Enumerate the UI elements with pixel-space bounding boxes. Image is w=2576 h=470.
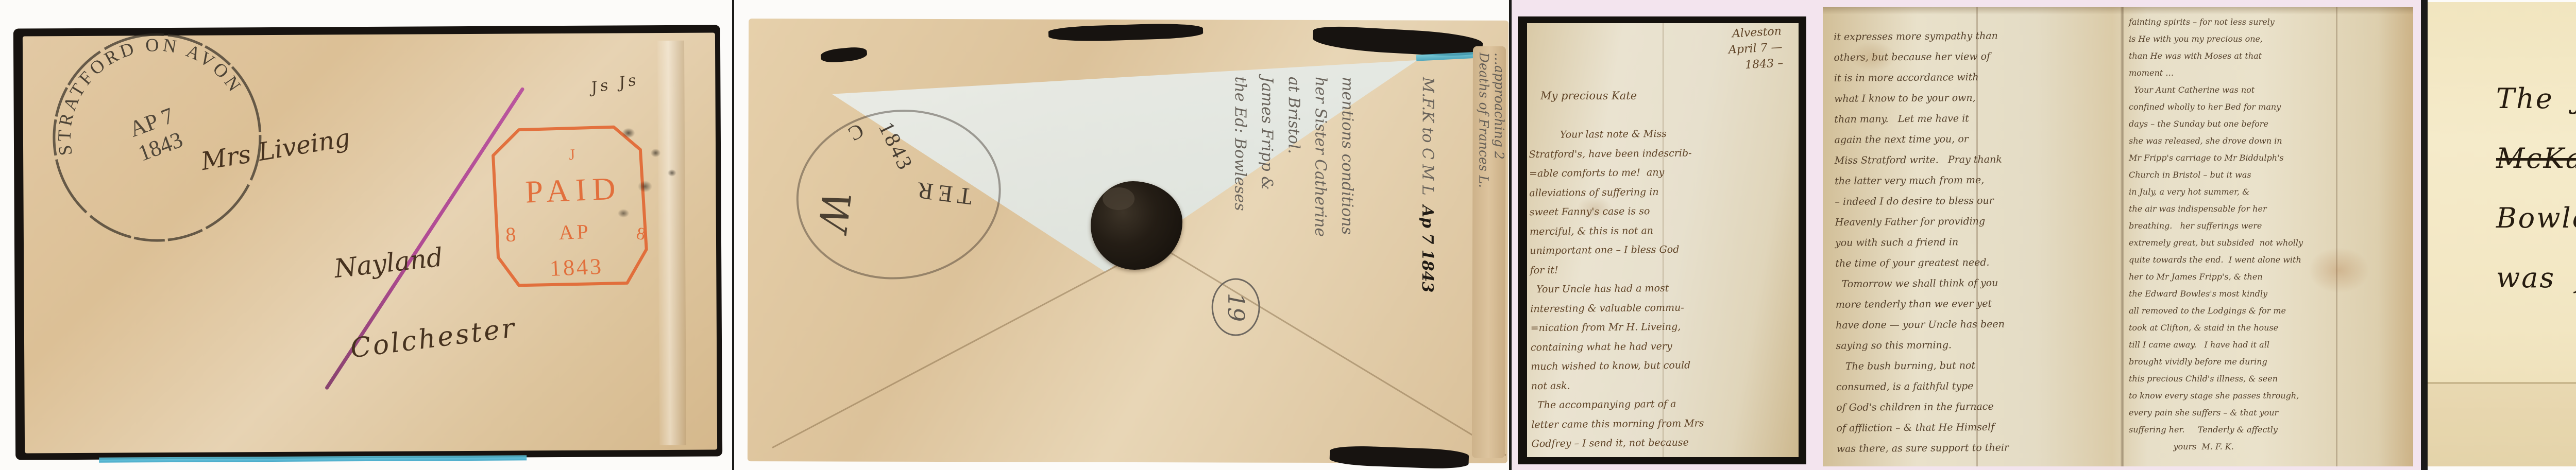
edge-docket: …approaching 2Deaths of Frances L. (1475, 53, 1507, 454)
annotation-note-text: The James Fripp here named was the McKal… (2496, 69, 2576, 308)
card-fold-crease (2428, 382, 2576, 384)
annotation-note-card: The James Fripp here named was the McKal… (2428, 2, 2576, 466)
scan-seam (1509, 0, 1512, 470)
pen-squiggle: W (809, 189, 859, 235)
mourning-edge-fragment (820, 46, 868, 64)
docket-line-1-pencil: M.F.K to C M L (1418, 77, 1437, 205)
letter-pages-2-3: it expresses more sympathy thanothers, b… (1823, 7, 2413, 466)
scanner-artifact (99, 455, 527, 462)
letter-page-2-lines: it expresses more sympathy thanothers, b… (1834, 25, 2125, 459)
stratford-postmark: STRATFORD ON AVON AP 7 1843 (43, 16, 271, 259)
letter-page-3-lines: fainting spirits – for not less surelyis… (2129, 13, 2411, 455)
note-line-1: The James Fripp here named was the (2496, 69, 2576, 129)
note-struck-word: McKalfin (2496, 142, 2576, 175)
scan-seam (2421, 0, 2428, 470)
paid-stamp-month: AP (558, 220, 592, 244)
circled-number: 19 (1212, 278, 1260, 336)
envelope-crease (772, 245, 1156, 448)
letter-heading: AlvestonApril 7 —1843 – (1727, 23, 1784, 74)
scan-seam (732, 0, 734, 470)
circled-number-value: 19 (1223, 292, 1249, 321)
docket-lines: mentions conditionsher Sister Catherinea… (1226, 76, 1361, 432)
paid-stamp-year: 1843 (549, 254, 604, 281)
pencil-docket: M.F.K to C M L Ap 7 1843 mentions condit… (1172, 76, 1495, 432)
letter-page-1-lines: Your last note & MissStratford's, have b… (1529, 124, 1798, 454)
paid-stamp-day-left: 8 (505, 223, 516, 247)
docket-line-1-ink: Ap 7 1843 (1418, 205, 1436, 293)
docket-line-1: M.F.K to C M L Ap 7 1843 (1413, 77, 1441, 432)
letter-page-1: AlvestonApril 7 —1843 – My precious Kate… (1518, 16, 1806, 464)
scanned-letter-collage: STRATFORD ON AVON AP 7 1843 Js Js J PAID… (0, 0, 2576, 470)
card-lower-fold (2428, 384, 2576, 466)
mourning-edge-fragment (1048, 22, 1204, 43)
note-line-4: was father of Drs James & G. D. Fripp . (2496, 248, 2576, 308)
envelope-front: STRATFORD ON AVON AP 7 1843 Js Js J PAID… (13, 25, 722, 460)
ink-smudge (596, 113, 705, 247)
wax-seal-highlight (1103, 187, 1134, 210)
paid-stamp-index: J (569, 146, 575, 163)
envelope-back: 1843 TER C W M.F.K to C M L Ap 7 1843 me… (748, 19, 1509, 463)
note-line-3: Bowles , whose portrait I have, & (2496, 188, 2576, 248)
mourning-edge-fragment (1329, 445, 1469, 469)
note-line-2: McKalfin husband of Lydia Downing (2496, 129, 2576, 188)
letter-salutation: My precious Kate (1540, 90, 1637, 102)
